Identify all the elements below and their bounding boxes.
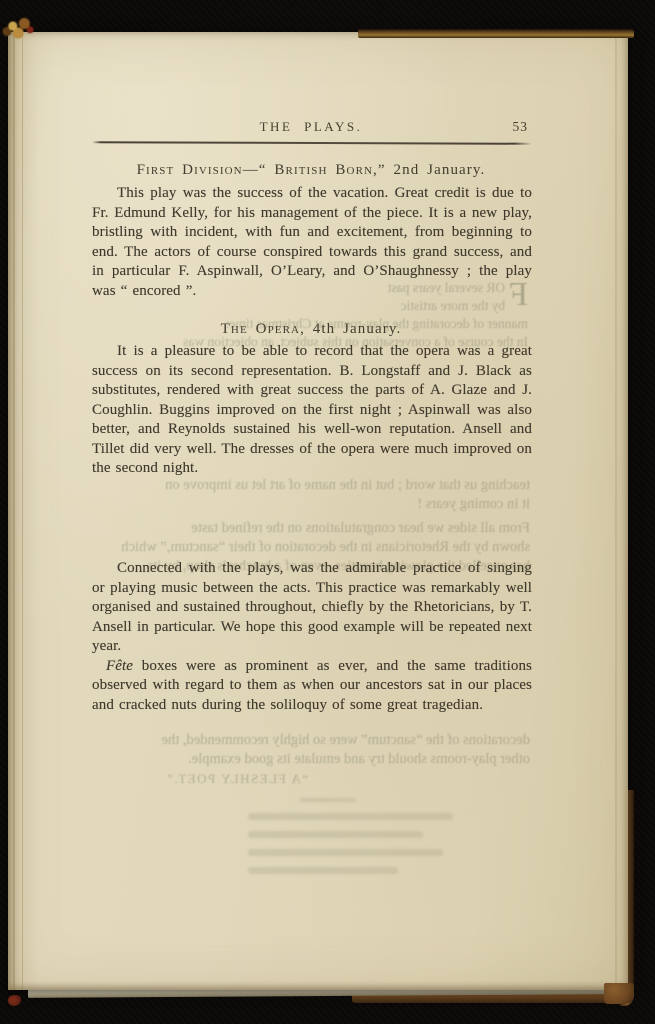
running-head-title: THE PLAYS. — [260, 119, 363, 134]
running-head: THE PLAYS. 53 — [92, 119, 530, 136]
book-cover-corner — [604, 983, 634, 1004]
paragraph-fete-boxes-rest: boxes were as prominent as ever, and the… — [92, 658, 532, 713]
page-edge-shading — [615, 32, 617, 990]
bleedthrough-smudge — [248, 831, 423, 838]
photograph-of-open-book: F OR several years past by the more arti… — [0, 0, 655, 1024]
bleedthrough-poem-title: “A FLESHLY POET.” — [148, 771, 308, 787]
torn-corner-fragment — [2, 16, 38, 41]
gutter-crease — [22, 32, 23, 990]
paragraph-opera-review: It is a pleasure to be able to record th… — [92, 342, 532, 479]
paragraph-music-between-acts: Connected with the plays, was the admira… — [92, 559, 532, 657]
bleedthrough-line: From all sides we hear congratulations o… — [92, 519, 530, 538]
book-cover-edge-top — [358, 29, 634, 38]
binding-fragment — [8, 995, 21, 1006]
italic-lead-word: Fête — [106, 658, 133, 674]
paragraph-play-review: This play was the success of the vacatio… — [92, 184, 532, 301]
gutter-crease — [13, 32, 15, 990]
bleedthrough-smudge — [248, 813, 453, 820]
book-page: F OR several years past by the more arti… — [8, 32, 628, 990]
bleedthrough-smudge — [300, 798, 356, 802]
bleedthrough-line: teaching us that word ; but in the name … — [92, 476, 530, 495]
header-rule — [92, 141, 532, 145]
closing-paragraphs: Connected with the plays, was the admira… — [92, 559, 532, 715]
section-heading-smallcaps: The Opera, — [221, 321, 305, 337]
bleedthrough-line: other play-rooms should try and emulate … — [84, 750, 530, 769]
bleedthrough-smudge — [248, 849, 443, 856]
section-heading-opera: The Opera, 4th January. — [92, 319, 530, 339]
paragraph-fete-boxes: Fête boxes were as prominent as ever, an… — [92, 657, 532, 716]
bleedthrough-text-block-lower: decorations of the “sanctum” were so hig… — [84, 731, 530, 769]
section-heading-date: 4th January. — [305, 321, 401, 337]
page-number: 53 — [513, 119, 529, 135]
section-heading-smallcaps: First Division—“ British Born,” — [137, 162, 386, 178]
bleedthrough-smudge — [248, 867, 398, 874]
bleedthrough-line: it in coming years ! — [92, 495, 530, 514]
section-heading-date: 2nd January. — [386, 162, 486, 178]
bleedthrough-line: decorations of the “sanctum” were so hig… — [84, 731, 530, 750]
bleedthrough-line: shown by the Rhetoricians in the decorat… — [92, 538, 530, 557]
section-heading-first-division: First Division—“ British Born,” 2nd Janu… — [92, 160, 530, 180]
